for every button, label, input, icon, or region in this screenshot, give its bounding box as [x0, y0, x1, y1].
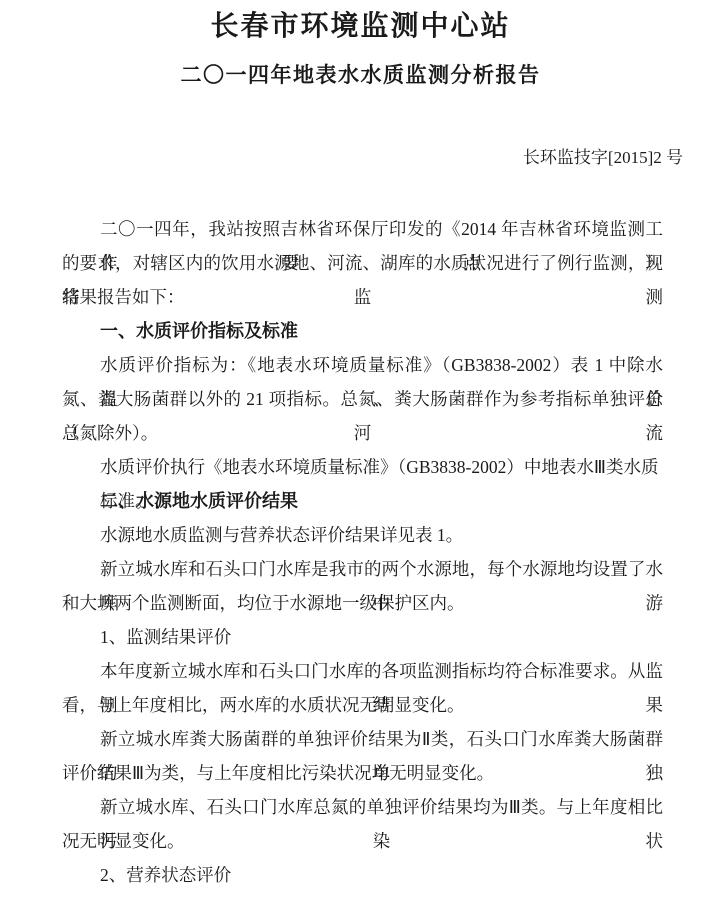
section-heading: 二、水源地水质评价结果 [62, 484, 663, 518]
document-body: 二〇一四年，我站按照吉林省环保厅印发的《2014 年吉林省环境监测工作要点》的要… [62, 212, 663, 892]
section-heading: 一、水质评价指标及标准 [62, 314, 663, 348]
paragraph: 水质评价执行《地表水环境质量标准》（GB3838-2002）中地表水Ⅲ类水质标准… [62, 450, 663, 484]
sub-heading: 1、监测结果评价 [62, 620, 663, 654]
sub-heading: 2、营养状态评价 [62, 858, 663, 892]
paragraph-line: 新立城水库、石头口门水库总氮的单独评价结果均为Ⅲ类。与上年度相比污染状 [62, 790, 663, 824]
paragraph: 本年度新立城水库和石头口门水库的各项监测指标均符合标准要求。从监测结果看，与上年… [62, 654, 663, 722]
paragraph-line: 新立城水库和石头口门水库是我市的两个水源地，每个水源地均设置了水库中游 [62, 552, 663, 586]
doc-reference-number: 长环监技字[2015]2 号 [523, 146, 683, 170]
page-title: 长春市环境监测中心站 [0, 8, 721, 44]
paragraph-line: 氮、粪大肠菌群以外的 21 项指标。总氮、粪大肠菌群作为参考指标单独评价（河流 [62, 382, 663, 416]
paragraph: 二〇一四年，我站按照吉林省环保厅印发的《2014 年吉林省环境监测工作要点》的要… [62, 212, 663, 314]
paragraph: 新立城水库粪大肠菌群的单独评价结果为Ⅱ类，石头口门水库粪大肠菌群的单独评价结果Ⅲ… [62, 722, 663, 790]
sub-heading: 1、监测结果评价 [62, 620, 663, 654]
paragraph-line: 水质评价指标为：《地表水环境质量标准》（GB3838-2002）表 1 中除水温… [62, 348, 663, 382]
paragraph-line: 二〇一四年，我站按照吉林省环保厅印发的《2014 年吉林省环境监测工作要点》 [62, 212, 663, 246]
paragraph-line: 水质评价执行《地表水环境质量标准》（GB3838-2002）中地表水Ⅲ类水质标准… [62, 450, 663, 484]
section-heading: 二、水源地水质评价结果 [62, 484, 663, 518]
paragraph: 新立城水库、石头口门水库总氮的单独评价结果均为Ⅲ类。与上年度相比污染状况无明显变… [62, 790, 663, 858]
document-page: 长春市环境监测中心站 二〇一四年地表水水质监测分析报告 长环监技字[2015]2… [0, 0, 721, 902]
paragraph-line: 水源地水质监测与营养状态评价结果详见表 1。 [62, 518, 663, 552]
section-heading: 一、水质评价指标及标准 [62, 314, 663, 348]
paragraph: 水质评价指标为：《地表水环境质量标准》（GB3838-2002）表 1 中除水温… [62, 348, 663, 450]
paragraph-line: 的要求，对辖区内的饮用水源地、河流、湖库的水质状况进行了例行监测，现将监测 [62, 246, 663, 280]
page-subtitle: 二〇一四年地表水水质监测分析报告 [0, 61, 721, 91]
paragraph-line: 新立城水库粪大肠菌群的单独评价结果为Ⅱ类，石头口门水库粪大肠菌群的单独 [62, 722, 663, 756]
paragraph: 新立城水库和石头口门水库是我市的两个水源地，每个水源地均设置了水库中游和大坝两个… [62, 552, 663, 620]
sub-heading: 2、营养状态评价 [62, 858, 663, 892]
paragraph: 水源地水质监测与营养状态评价结果详见表 1。 [62, 518, 663, 552]
paragraph-line: 本年度新立城水库和石头口门水库的各项监测指标均符合标准要求。从监测结果 [62, 654, 663, 688]
